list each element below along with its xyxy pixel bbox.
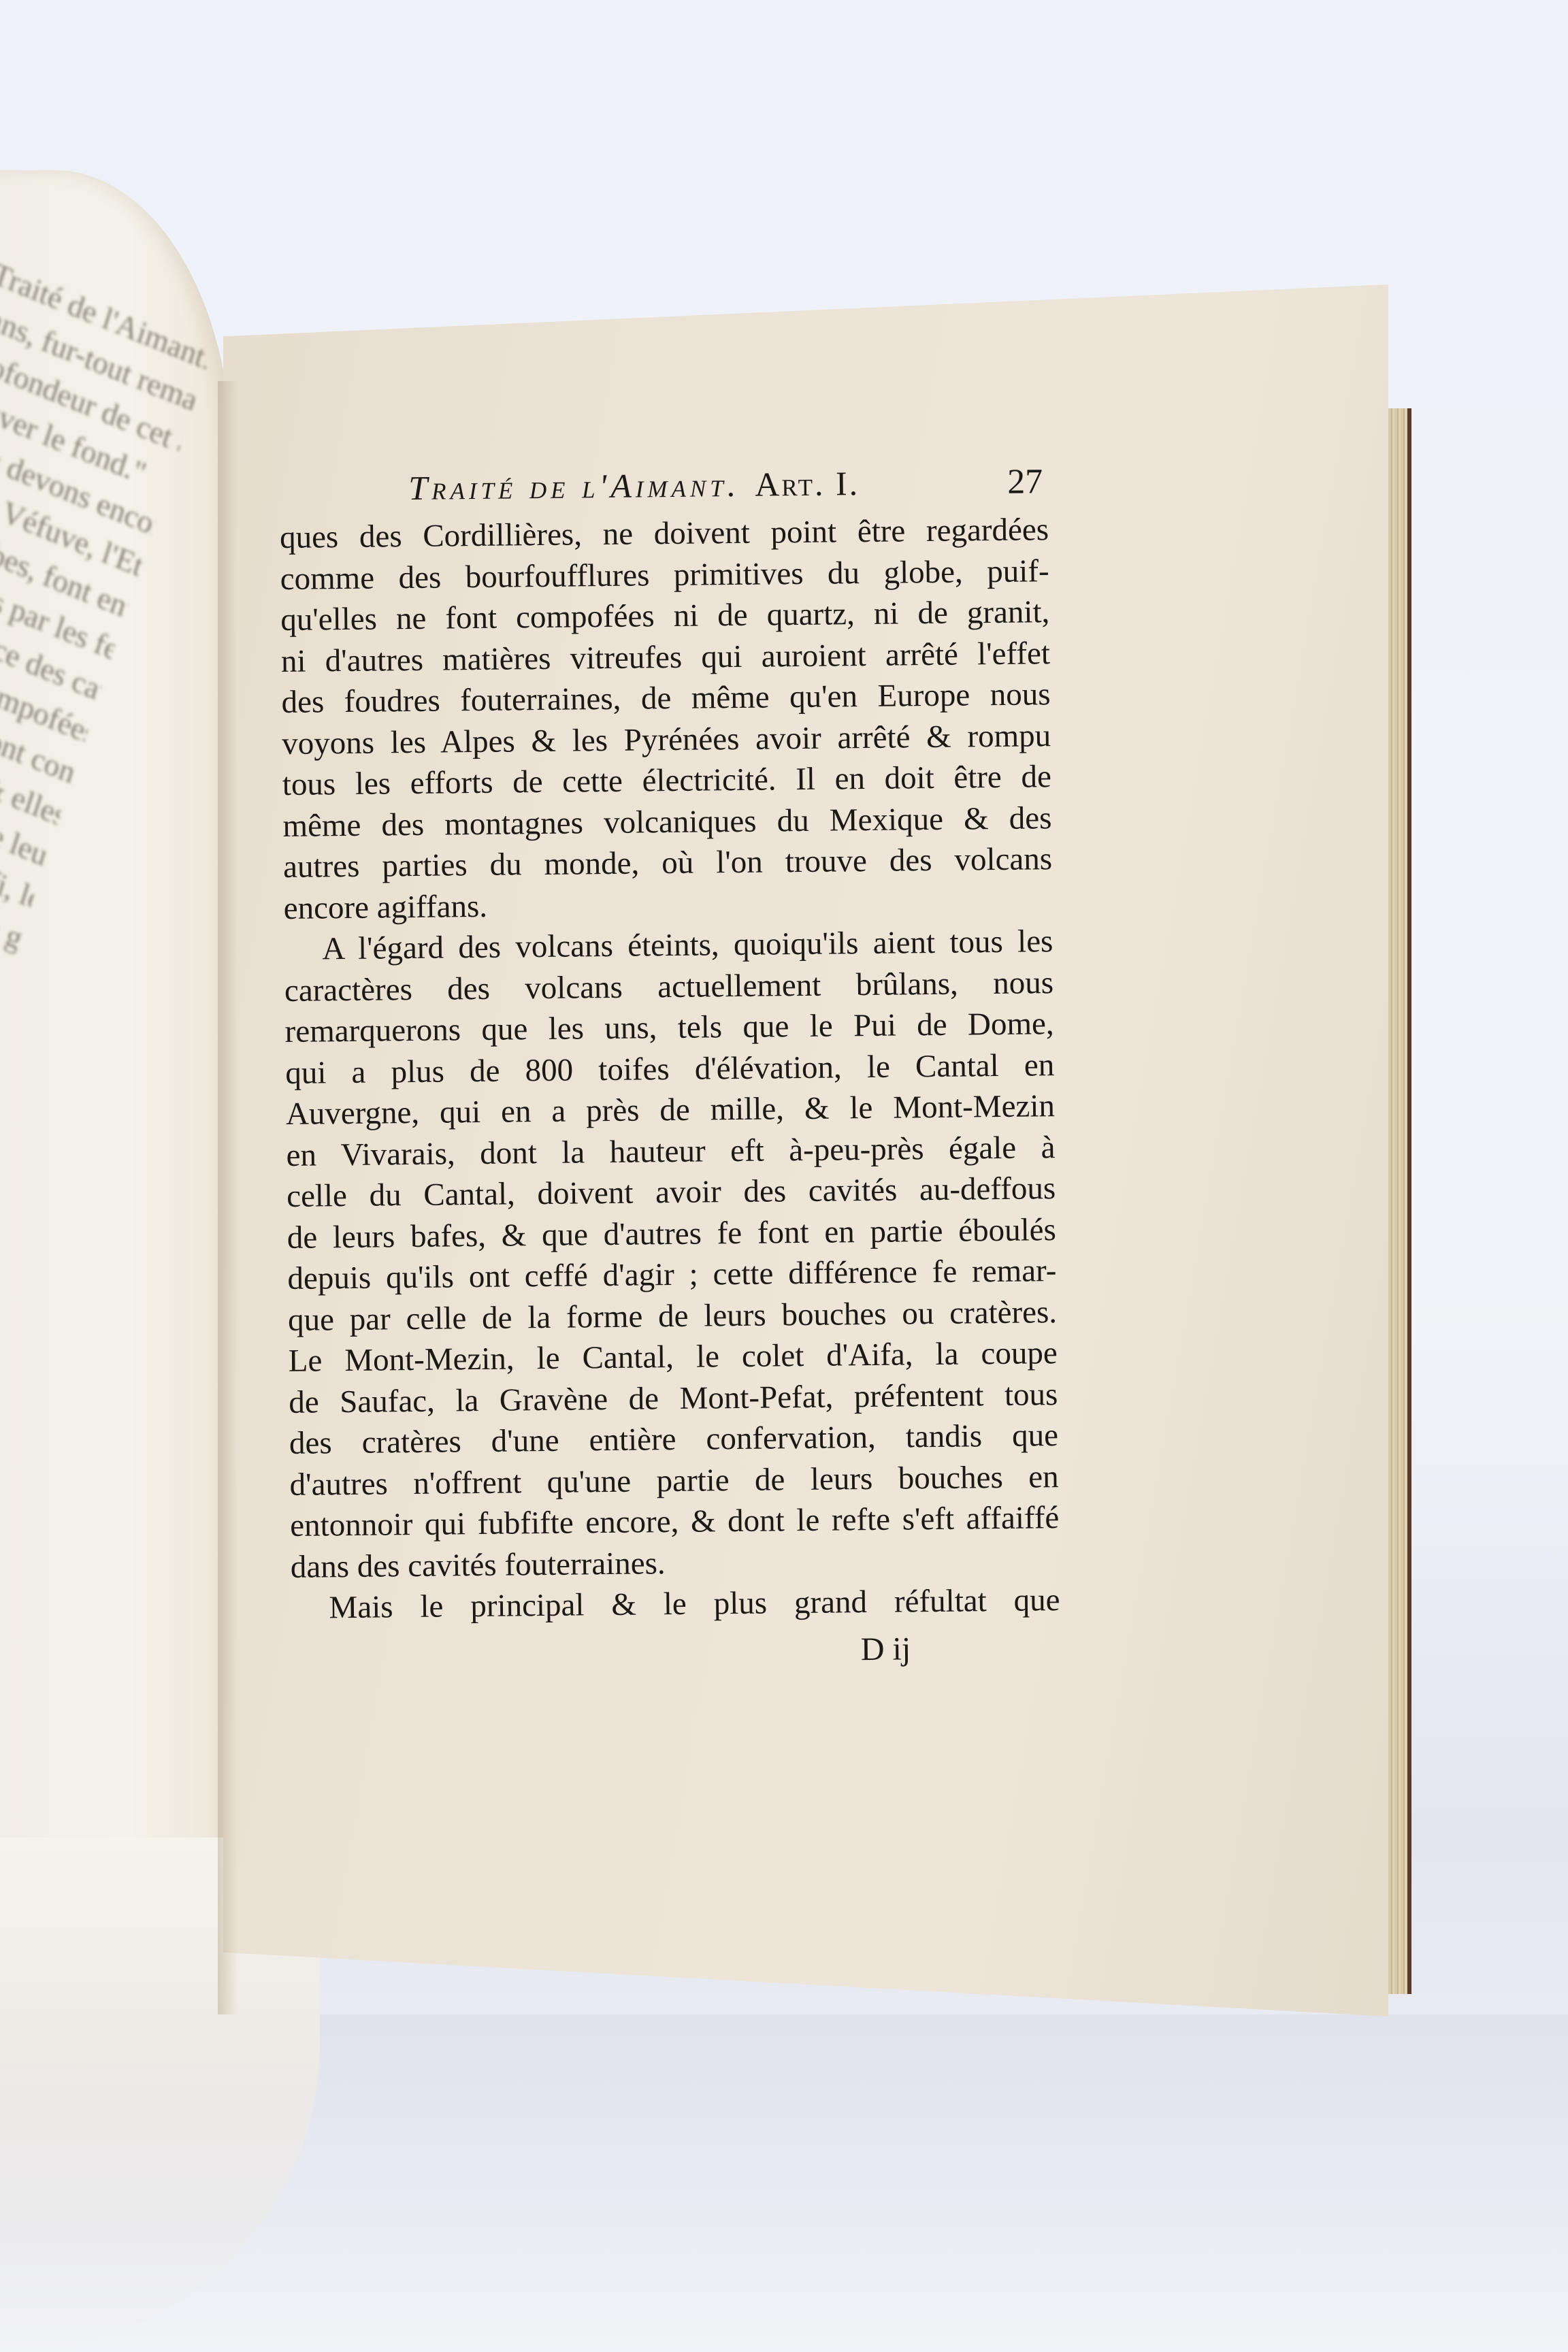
page-fore-edge <box>1388 408 1411 1994</box>
text-line: Auvergne, qui en a près de mille, & le M… <box>286 1085 1056 1134</box>
left-facing-page: Traité de l'Aimant. Art. I.fans, fur-tou… <box>0 170 231 2062</box>
left-page-text: Traité de l'Aimant. Art. I.fans, fur-tou… <box>0 252 215 1499</box>
text-line: qu'elles ne font compofées ni de quartz,… <box>280 591 1050 640</box>
running-head-article: Art. I. <box>755 463 860 504</box>
text-line: Mais le principal & le plus grand réfult… <box>291 1580 1060 1629</box>
page-text-block: Traité de l'Aimant. Art. I. 27 ques des … <box>279 461 1061 1679</box>
text-line: remarquerons que les uns, tels que le Pu… <box>284 1003 1054 1052</box>
body-text: ques des Cordillières, ne doivent point … <box>280 509 1060 1629</box>
gutter-shadow <box>218 381 238 2014</box>
text-line: autres parties du monde, où l'on trouve … <box>283 838 1053 887</box>
page-number: 27 <box>1007 461 1049 502</box>
text-line: des cratères d'une entière confervation,… <box>289 1415 1059 1464</box>
text-line: celle du Cantal, doivent avoir des cavit… <box>287 1168 1056 1217</box>
signature-mark: D ij <box>291 1624 1061 1680</box>
text-line: tous les efforts de cette électricité. I… <box>282 756 1052 805</box>
text-line: A l'égard des volcans éteints, quoiqu'il… <box>284 921 1053 970</box>
text-line: entonnoir qui fubfifte encore, & dont le… <box>290 1497 1060 1546</box>
text-line: des foudres fouterraines, de même qu'en … <box>281 674 1051 723</box>
text-line: depuis qu'ils ont ceffé d'agir ; cette d… <box>287 1250 1057 1299</box>
text-line: ques des Cordillières, ne doivent point … <box>280 509 1049 558</box>
running-head: Traité de l'Aimant. Art. I. 27 <box>279 461 1049 517</box>
running-head-title: Traité de l'Aimant. <box>408 465 740 508</box>
text-line: Le Mont-Mezin, le Cantal, le colet d'Aif… <box>288 1333 1058 1382</box>
